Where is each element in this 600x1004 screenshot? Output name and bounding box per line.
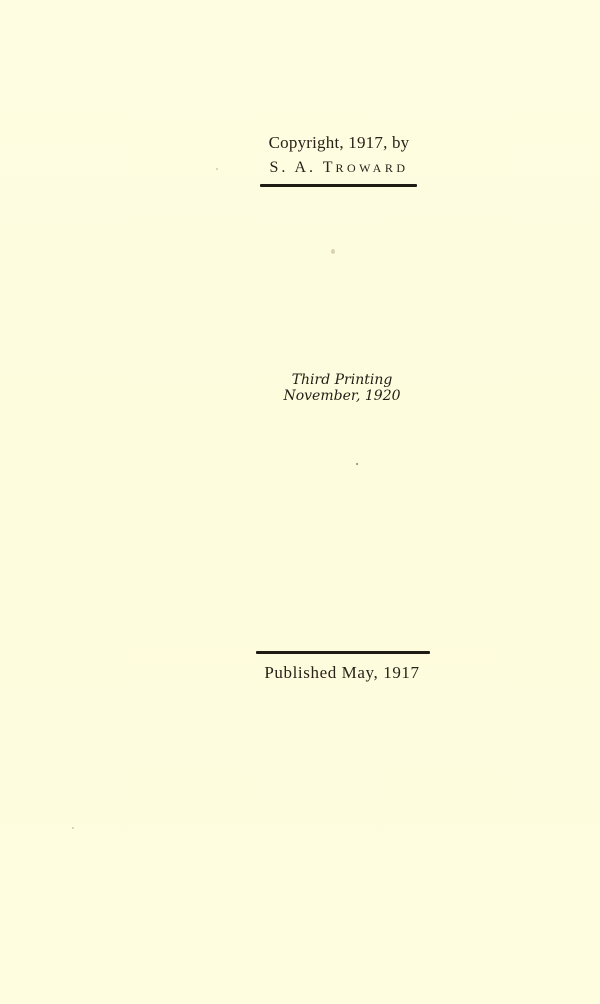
author-name: S. A. TROWARD xyxy=(258,159,420,177)
copyright-text: Copyright, 1917, by xyxy=(258,133,420,153)
paper-speck xyxy=(331,249,335,254)
printing-notice: Third Printing November, 1920 xyxy=(262,372,422,404)
published-date: Published May, 1917 xyxy=(252,663,432,683)
paper-speck xyxy=(356,463,358,465)
printing-date: November, 1920 xyxy=(262,388,422,404)
printing-edition: Third Printing xyxy=(262,372,422,388)
bottom-rule-divider xyxy=(256,651,430,654)
author-name-prefix: S. A. T xyxy=(269,159,335,176)
paper-speck xyxy=(216,168,218,170)
author-name-smallcaps: ROWARD xyxy=(336,161,409,175)
top-rule-divider xyxy=(260,184,417,187)
book-page: Copyright, 1917, by S. A. TROWARD Third … xyxy=(0,0,600,1004)
paper-speck xyxy=(72,827,74,829)
